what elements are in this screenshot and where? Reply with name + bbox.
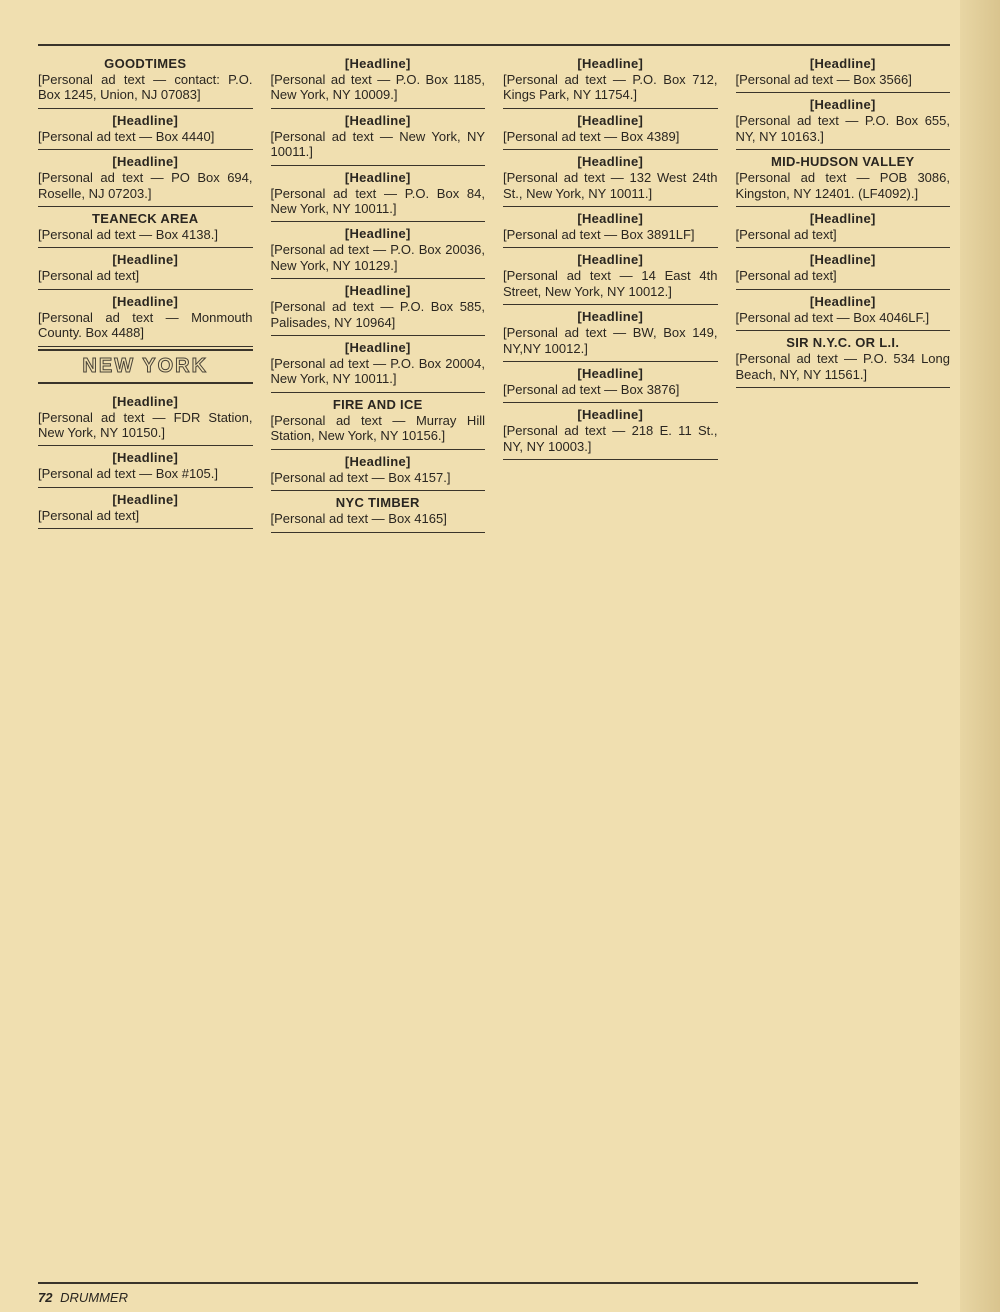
classified-ad: [Headline][Personal ad text — P.O. Box 8… xyxy=(271,166,486,223)
classified-ad: [Headline][Personal ad text — Monmouth C… xyxy=(38,290,253,347)
page-footer: 72 DRUMMER xyxy=(38,1282,918,1305)
ad-body: [Personal ad text — POB 3086, Kingston, … xyxy=(736,170,951,201)
ad-body: [Personal ad text — contact: P.O. Box 12… xyxy=(38,72,253,103)
ad-body: [Personal ad text — Box 3566] xyxy=(736,72,951,87)
ad-headline: [Headline] xyxy=(38,154,253,169)
ad-body: [Personal ad text — 132 West 24th St., N… xyxy=(503,170,718,201)
ad-body: [Personal ad text — BW, Box 149, NY,NY 1… xyxy=(503,325,718,356)
ad-headline: [Headline] xyxy=(38,450,253,465)
ad-headline: [Headline] xyxy=(503,252,718,267)
classified-ad: [Headline][Personal ad text] xyxy=(736,248,951,289)
ad-headline: [Headline] xyxy=(271,113,486,128)
classified-ad: [Headline][Personal ad text — 218 E. 11 … xyxy=(503,403,718,460)
classified-ad: [Headline][Personal ad text — 132 West 2… xyxy=(503,150,718,207)
ad-body: [Personal ad text — Box 4046LF.] xyxy=(736,310,951,325)
ad-body: [Personal ad text — Box 3876] xyxy=(503,382,718,397)
column-2: [Headline][Personal ad text — P.O. Box 1… xyxy=(271,40,486,1265)
classified-ad: SIR N.Y.C. OR L.I.[Personal ad text — P.… xyxy=(736,331,951,388)
ad-body: [Personal ad text] xyxy=(736,227,951,242)
classified-ad: [Headline][Personal ad text — P.O. Box 7… xyxy=(503,52,718,109)
ad-body: [Personal ad text] xyxy=(38,508,253,523)
ad-headline: [Headline] xyxy=(271,454,486,469)
classified-ad: [Headline][Personal ad text — Box 3876] xyxy=(503,362,718,403)
ad-headline: SIR N.Y.C. OR L.I. xyxy=(736,335,951,350)
ad-body: [Personal ad text — P.O. Box 20036, New … xyxy=(271,242,486,273)
ad-body: [Personal ad text — P.O. Box 20004, New … xyxy=(271,356,486,387)
ad-body: [Personal ad text — Box 4440] xyxy=(38,129,253,144)
ad-headline: MID-HUDSON VALLEY xyxy=(736,154,951,169)
ad-headline: [Headline] xyxy=(503,56,718,71)
ad-headline: [Headline] xyxy=(736,97,951,112)
ad-body: [Personal ad text — P.O. 534 Long Beach,… xyxy=(736,351,951,382)
classified-ad: GOODTIMES[Personal ad text — contact: P.… xyxy=(38,52,253,109)
ad-headline: [Headline] xyxy=(271,283,486,298)
column-1: GOODTIMES[Personal ad text — contact: P.… xyxy=(38,40,253,1265)
ad-body: [Personal ad text — Box 4389] xyxy=(503,129,718,144)
classified-ad: [Headline][Personal ad text — Box 4157.] xyxy=(271,450,486,491)
classified-ad: [Headline][Personal ad text — Box 3891LF… xyxy=(503,207,718,248)
ad-body: [Personal ad text — P.O. Box 585, Palisa… xyxy=(271,299,486,330)
ad-headline: [Headline] xyxy=(503,407,718,422)
publication-name: DRUMMER xyxy=(60,1290,128,1305)
ad-body: [Personal ad text — Murray Hill Station,… xyxy=(271,413,486,444)
ad-headline: [Headline] xyxy=(736,252,951,267)
column-3: [Headline][Personal ad text — P.O. Box 7… xyxy=(503,40,718,1265)
ad-headline: [Headline] xyxy=(503,366,718,381)
ad-headline: [Headline] xyxy=(38,492,253,507)
ad-headline: [Headline] xyxy=(503,309,718,324)
classified-ad: FIRE AND ICE[Personal ad text — Murray H… xyxy=(271,393,486,450)
classified-ad: [Headline][Personal ad text — P.O. Box 1… xyxy=(271,52,486,109)
classified-ad: [Headline][Personal ad text] xyxy=(736,207,951,248)
classified-ad: [Headline][Personal ad text — Box 4389] xyxy=(503,109,718,150)
classified-ad: [Headline][Personal ad text — 14 East 4t… xyxy=(503,248,718,305)
ad-body: [Personal ad text — New York, NY 10011.] xyxy=(271,129,486,160)
ad-body: [Personal ad text — 218 E. 11 St., NY, N… xyxy=(503,423,718,454)
ad-headline: [Headline] xyxy=(38,394,253,409)
ad-headline: [Headline] xyxy=(503,154,718,169)
ad-headline: [Headline] xyxy=(503,211,718,226)
ad-headline: [Headline] xyxy=(736,56,951,71)
ad-headline: [Headline] xyxy=(271,226,486,241)
classified-ad: [Headline][Personal ad text — P.O. Box 2… xyxy=(271,222,486,279)
ad-body: [Personal ad text — Box 4165] xyxy=(271,511,486,526)
ad-body: [Personal ad text] xyxy=(736,268,951,283)
ad-headline: TEANECK AREA xyxy=(38,211,253,226)
ad-headline: NYC TIMBER xyxy=(271,495,486,510)
ad-headline: [Headline] xyxy=(736,294,951,309)
classified-ad: [Headline][Personal ad text] xyxy=(38,248,253,289)
ad-headline: [Headline] xyxy=(503,113,718,128)
ad-body: [Personal ad text] xyxy=(38,268,253,283)
classified-ad: TEANECK AREA[Personal ad text — Box 4138… xyxy=(38,207,253,248)
ad-headline: [Headline] xyxy=(736,211,951,226)
classified-ad: [Headline][Personal ad text] xyxy=(38,488,253,529)
classified-ad: [Headline][Personal ad text — P.O. Box 5… xyxy=(271,279,486,336)
classified-ad: [Headline][Personal ad text — Box 4440] xyxy=(38,109,253,150)
classified-ad: [Headline][Personal ad text — P.O. Box 6… xyxy=(736,93,951,150)
classified-ad: MID-HUDSON VALLEY[Personal ad text — POB… xyxy=(736,150,951,207)
ad-headline: GOODTIMES xyxy=(38,56,253,71)
classified-ad: [Headline][Personal ad text — BW, Box 14… xyxy=(503,305,718,362)
classified-ad: [Headline][Personal ad text — P.O. Box 2… xyxy=(271,336,486,393)
ad-body: [Personal ad text — P.O. Box 712, Kings … xyxy=(503,72,718,103)
ad-headline: [Headline] xyxy=(271,56,486,71)
ad-body: [Personal ad text — 14 East 4th Street, … xyxy=(503,268,718,299)
ad-headline: [Headline] xyxy=(38,294,253,309)
ad-body: [Personal ad text — Box 4157.] xyxy=(271,470,486,485)
ad-headline: [Headline] xyxy=(271,340,486,355)
page-edge-shadow xyxy=(960,0,1000,1312)
column-4: [Headline][Personal ad text — Box 3566][… xyxy=(736,40,951,1265)
classified-ad: [Headline][Personal ad text — Box #105.] xyxy=(38,446,253,487)
classified-ad: [Headline][Personal ad text — Box 3566] xyxy=(736,52,951,93)
page-number: 72 xyxy=(38,1290,52,1305)
classified-ad: [Headline][Personal ad text — PO Box 694… xyxy=(38,150,253,207)
ad-headline: [Headline] xyxy=(38,113,253,128)
ad-headline: [Headline] xyxy=(271,170,486,185)
classified-ad: [Headline][Personal ad text — FDR Statio… xyxy=(38,390,253,447)
ad-headline: FIRE AND ICE xyxy=(271,397,486,412)
classified-ad: NYC TIMBER[Personal ad text — Box 4165] xyxy=(271,491,486,532)
ad-body: [Personal ad text — Box #105.] xyxy=(38,466,253,481)
classified-ad: [Headline][Personal ad text — Box 4046LF… xyxy=(736,290,951,331)
ad-body: [Personal ad text — P.O. Box 1185, New Y… xyxy=(271,72,486,103)
ad-body: [Personal ad text — PO Box 694, Roselle,… xyxy=(38,170,253,201)
region-header: NEW YORK xyxy=(38,349,253,384)
ad-headline: [Headline] xyxy=(38,252,253,267)
ad-body: [Personal ad text — FDR Station, New Yor… xyxy=(38,410,253,441)
ad-body: [Personal ad text — Monmouth County. Box… xyxy=(38,310,253,341)
ad-body: [Personal ad text — P.O. Box 655, NY, NY… xyxy=(736,113,951,144)
ad-body: [Personal ad text — P.O. Box 84, New Yor… xyxy=(271,186,486,217)
ad-body: [Personal ad text — Box 4138.] xyxy=(38,227,253,242)
classifieds-grid: GOODTIMES[Personal ad text — contact: P.… xyxy=(38,40,950,1265)
classified-ad: [Headline][Personal ad text — New York, … xyxy=(271,109,486,166)
ad-body: [Personal ad text — Box 3891LF] xyxy=(503,227,718,242)
